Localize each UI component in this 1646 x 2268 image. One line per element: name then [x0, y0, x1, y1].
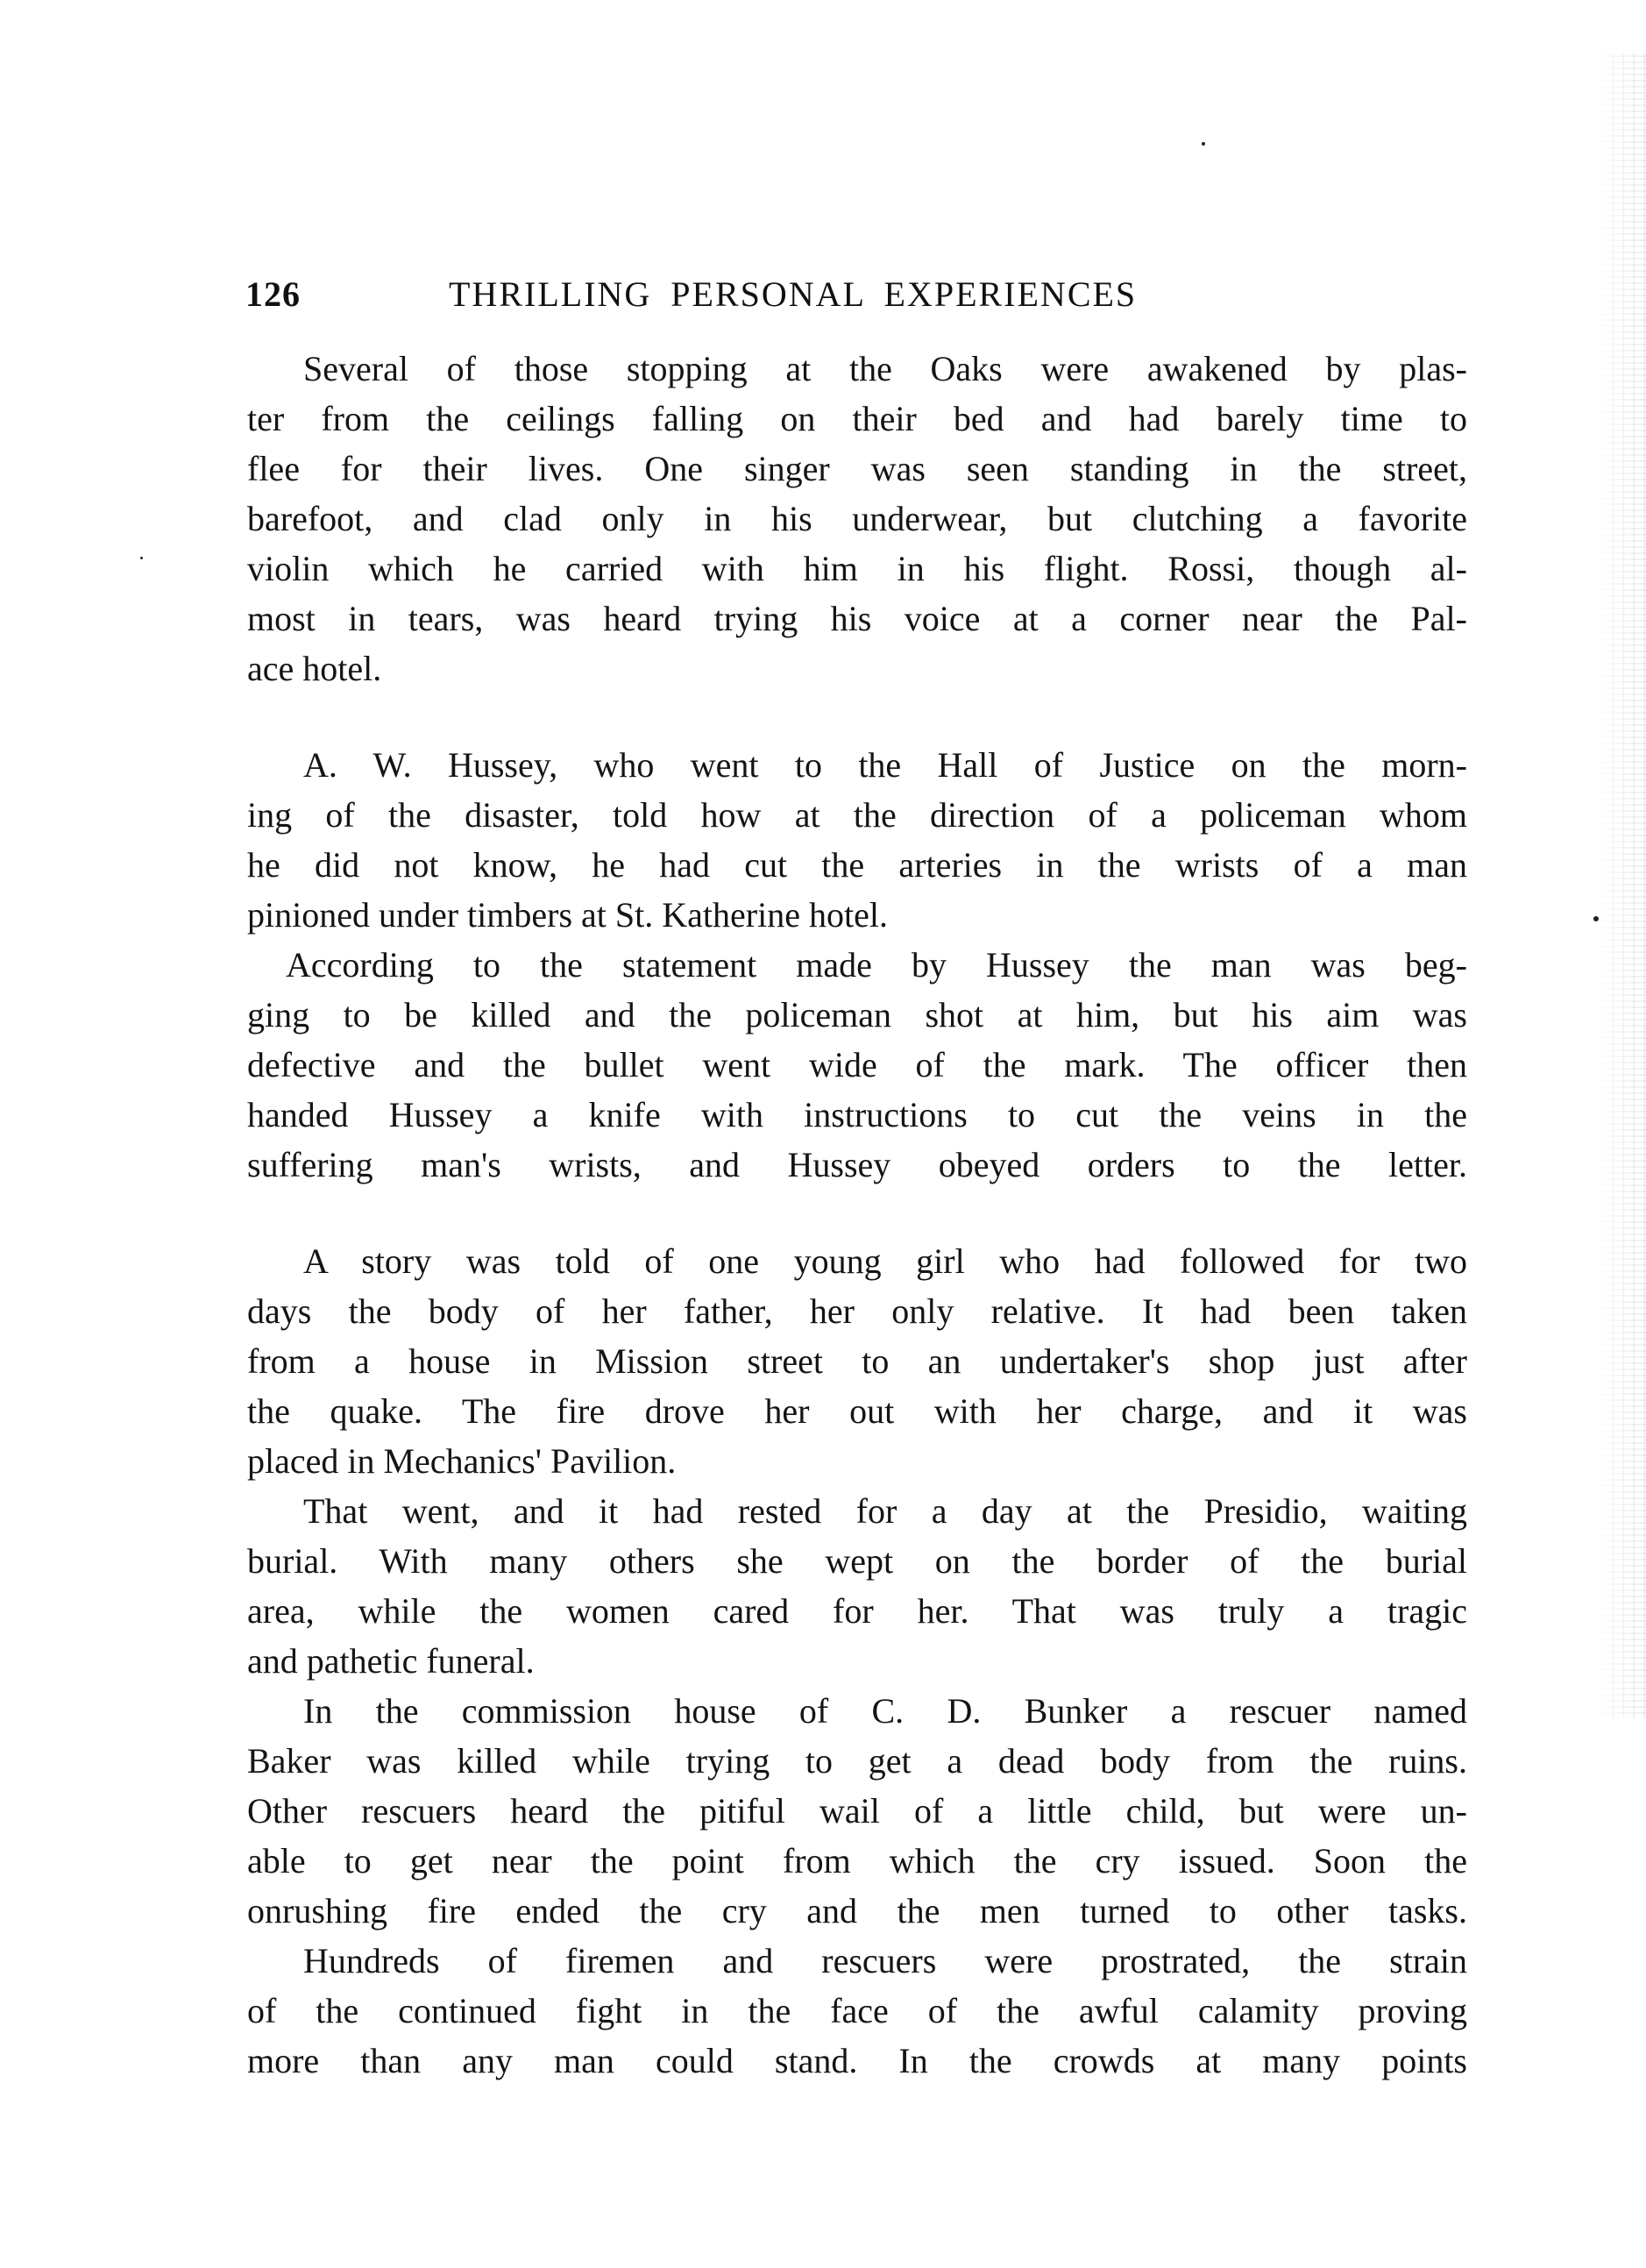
text-line: ing of the disaster, told how at the dir…	[247, 791, 1467, 840]
text-line: handed Hussey a knife with instructions …	[247, 1091, 1467, 1140]
text-line: of the continued fight in the face of th…	[247, 1987, 1467, 2036]
text-line: A story was told of one young girl who h…	[303, 1237, 1467, 1286]
text-line: onrushing fire ended the cry and the men…	[247, 1887, 1467, 1936]
text-line: placed in Mechanics' Pavilion.	[247, 1437, 1467, 1486]
running-head: THRILLING PERSONAL EXPERIENCES	[449, 274, 1137, 315]
page-header: 126 THRILLING PERSONAL EXPERIENCES	[245, 270, 1472, 323]
text-line: the quake. The fire drove her out with h…	[247, 1387, 1467, 1436]
text-line: Several of those stopping at the Oaks we…	[303, 345, 1467, 394]
text-line: more than any man could stand. In the cr…	[247, 2037, 1467, 2086]
text-line: violin which he carried with him in his …	[247, 544, 1467, 594]
text-line: ging to be killed and the policeman shot…	[247, 991, 1467, 1040]
text-line: able to get near the point from which th…	[247, 1837, 1467, 1886]
text-line: and pathetic funeral.	[247, 1637, 1467, 1686]
text-line: suffering man's wrists, and Hussey obeye…	[247, 1141, 1467, 1190]
text-line: ace hotel.	[247, 644, 1467, 693]
text-line: barefoot, and clad only in his underwear…	[247, 494, 1467, 544]
scan-edge-noise	[1593, 53, 1646, 1718]
text-line: That went, and it had rested for a day a…	[303, 1487, 1467, 1536]
text-line: Baker was killed while trying to get a d…	[247, 1737, 1467, 1786]
text-line: most in tears, was heard trying his voic…	[247, 594, 1467, 643]
text-line: ter from the ceilings falling on their b…	[247, 395, 1467, 444]
text-line: According to the statement made by Husse…	[286, 941, 1467, 990]
text-line: In the commission house of C. D. Bunker …	[303, 1687, 1467, 1736]
text-line: area, while the women cared for her. Tha…	[247, 1587, 1467, 1636]
text-line: A. W. Hussey, who went to the Hall of Ju…	[303, 741, 1467, 790]
text-line: pinioned under timbers at St. Katherine …	[247, 891, 1467, 940]
text-line: defective and the bullet went wide of th…	[247, 1041, 1467, 1090]
text-line: he did not know, he had cut the arteries…	[247, 841, 1467, 890]
text-line: burial. With many others she wept on the…	[247, 1537, 1467, 1586]
text-line: flee for their lives. One singer was see…	[247, 444, 1467, 494]
scan-speck	[1202, 142, 1205, 146]
text-line: days the body of her father, her only re…	[247, 1287, 1467, 1336]
text-line: Hundreds of firemen and rescuers were pr…	[303, 1937, 1467, 1986]
text-line: Other rescuers heard the pitiful wail of…	[247, 1787, 1467, 1836]
book-page: 126 THRILLING PERSONAL EXPERIENCES Sever…	[0, 0, 1646, 2268]
page-number: 126	[245, 274, 301, 315]
scan-speck	[140, 557, 143, 559]
scan-speck	[1593, 916, 1599, 921]
text-line: from a house in Mission street to an und…	[247, 1337, 1467, 1386]
